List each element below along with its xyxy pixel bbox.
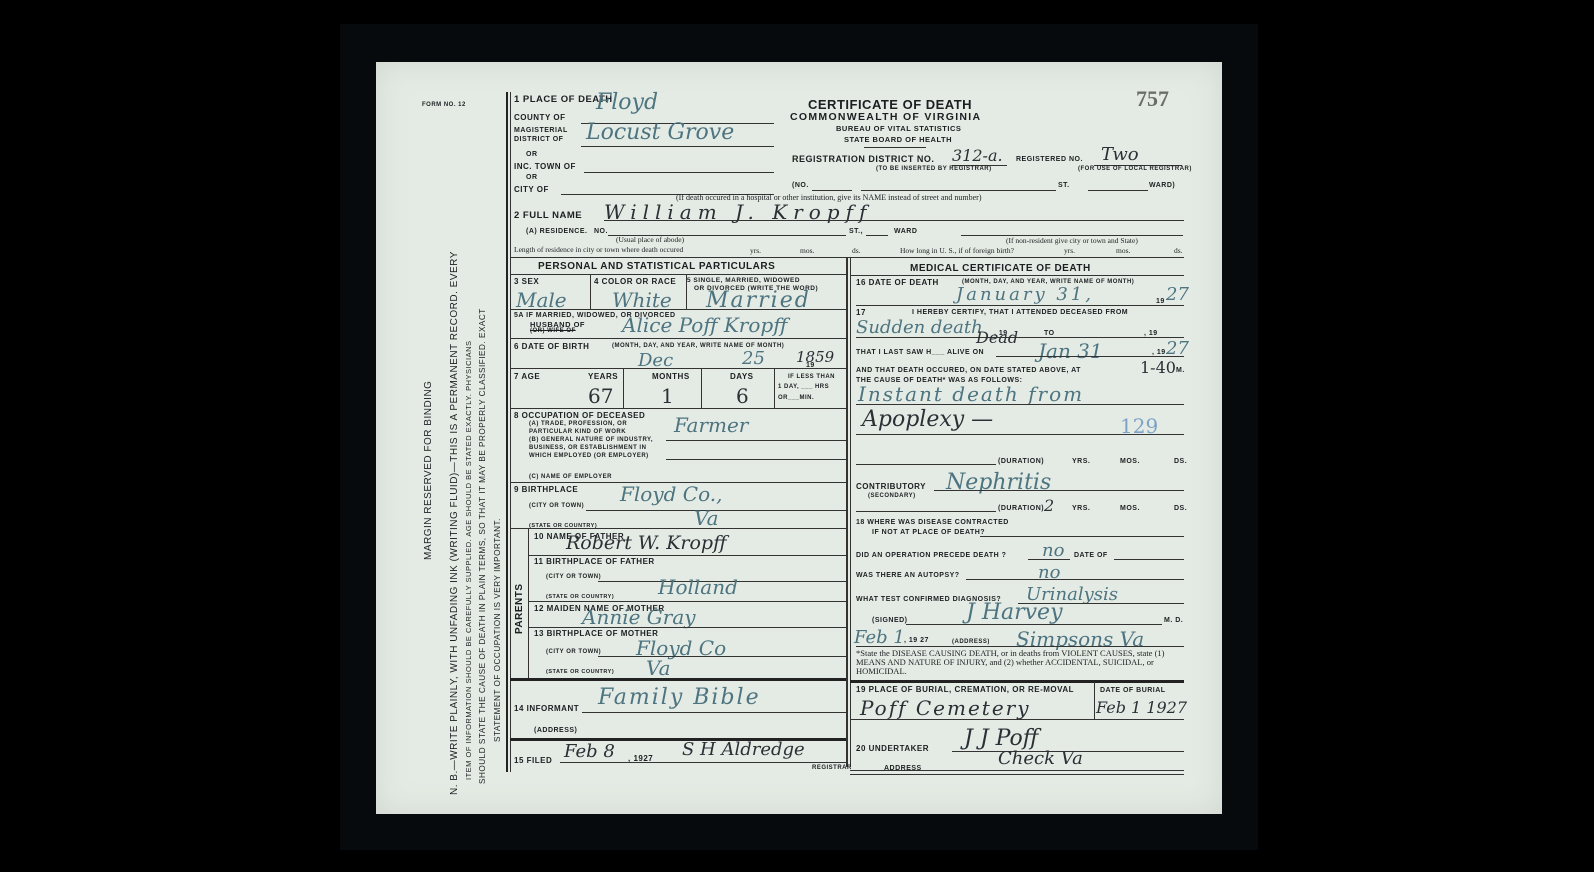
occupation-b-1: (B) GENERAL NATURE OF INDUSTRY,	[529, 437, 653, 443]
birthplace-row-rule	[510, 528, 846, 529]
sex-row-rule	[510, 309, 846, 310]
foreign-ds: ds.	[1174, 246, 1183, 255]
abode-note: (Usual place of abode)	[616, 235, 684, 244]
certify-number: 17	[856, 308, 866, 317]
personal-header: PERSONAL AND STATISTICAL PARTICULARS	[538, 261, 775, 272]
registered-note: (FOR USE OF LOCAL REGISTRAR)	[1078, 166, 1192, 172]
ward-label: WARD)	[1149, 182, 1175, 189]
occurred-label: AND THAT DEATH OCCURED, ON DATE STATED A…	[856, 367, 1081, 374]
st-label: ST.	[1058, 182, 1070, 189]
instructions-line-2: ITEM OF INFORMATION SHOULD BE CAREFULLY …	[464, 340, 473, 780]
parents-bottom-rule	[510, 678, 846, 681]
duration-1-mos: MOS.	[1120, 458, 1140, 465]
age-days-value: 6	[736, 384, 749, 408]
age-divider-3	[774, 368, 775, 408]
county-label: COUNTY OF	[514, 113, 565, 122]
registration-district-value: 312-a.	[952, 146, 1003, 165]
ward-line	[1088, 190, 1148, 191]
age-label: 7 AGE	[514, 372, 540, 381]
date-of-label: DATE OF	[1074, 552, 1108, 559]
cause-footnote: *State the DISEASE CAUSING DEATH, or in …	[856, 649, 1186, 676]
undertaker-address-value: Check Va	[998, 748, 1083, 769]
certificate-title: CERTIFICATE OF DEATH	[808, 97, 972, 112]
residence-st-line	[866, 235, 888, 236]
county-value: Floyd	[596, 90, 658, 115]
less-than-label-1: IF LESS THAN	[788, 374, 835, 380]
md-label: M. D.	[1164, 617, 1183, 624]
cause-line-1: Instant death from	[858, 382, 1084, 406]
informant-address-label: (ADDRESS)	[534, 727, 577, 734]
duration-2-yrs: YRS.	[1072, 505, 1090, 512]
occupation-value: Farmer	[674, 413, 748, 437]
or-label-1: OR	[526, 151, 538, 158]
board-label: STATE BOARD OF HEALTH	[844, 135, 952, 144]
birthplace-city-value: Floyd Co.,	[620, 482, 722, 506]
mother-row-rule	[528, 627, 846, 628]
bureau-label: BUREAU OF VITAL STATISTICS	[836, 124, 961, 133]
duration-1-label: (DURATION)	[998, 458, 1044, 465]
age-years-value: 67	[588, 384, 613, 408]
occupation-a-line	[666, 440, 846, 441]
father-value: Robert W. Kropff	[566, 532, 727, 554]
contributory-line	[934, 490, 1184, 491]
certify-label: I HEREBY CERTIFY, THAT I ATTENDED DECEAS…	[912, 309, 1128, 316]
parents-label: PARENTS	[514, 583, 525, 634]
duration-1-yrs: YRS.	[1072, 458, 1090, 465]
birthplace-state-value: Va	[694, 506, 719, 530]
length-of-residence-label: Length of residence in city or town wher…	[514, 245, 683, 254]
registrar-label: REGISTRAR	[812, 765, 852, 771]
age-years-label: YEARS	[588, 372, 618, 381]
parents-divider	[528, 528, 529, 678]
signed-line	[906, 624, 1162, 625]
dob-day: 25	[742, 348, 765, 369]
father-bp-state-label: (STATE OR COUNTRY)	[546, 594, 614, 600]
form-number: FORM NO. 12	[422, 102, 466, 108]
attended-line	[856, 337, 1184, 338]
signed-address-line	[856, 646, 1184, 647]
no-line	[812, 190, 852, 191]
age-divider-2	[701, 368, 702, 408]
residence-ward-label: WARD	[894, 228, 917, 235]
burial-label: 19 PLACE OF BURIAL, CREMATION, OR RE-MOV…	[856, 685, 1076, 695]
dob-row-rule	[510, 368, 846, 369]
contributory-value: Nephritis	[946, 470, 1051, 495]
personal-header-rule	[510, 274, 846, 275]
marital-label-1: 5 SINGLE, MARRIED, WIDOWED	[687, 277, 800, 284]
length-mos: mos.	[800, 246, 814, 255]
occupation-b-2: BUSINESS, OR ESTABLISHMENT IN	[529, 445, 646, 451]
dod-line	[856, 305, 1184, 306]
dob-year: 1859	[796, 348, 834, 366]
birthplace-city-label: (CITY OR TOWN)	[529, 503, 584, 509]
signed-year: , 19 27	[904, 637, 929, 644]
attended-value: Sudden death	[856, 317, 983, 338]
sex-divider	[590, 274, 591, 309]
autopsy-label: WAS THERE AN AUTOPSY?	[856, 572, 960, 579]
contracted-line	[980, 536, 1184, 537]
town-label: INC. TOWN OF	[514, 162, 576, 171]
father-bp-city-label: (CITY OR TOWN)	[546, 574, 601, 580]
last-saw-value: Jan 31	[1038, 339, 1103, 363]
employer-label: (C) NAME OF EMPLOYER	[529, 474, 612, 480]
district-value: Locust Grove	[586, 120, 734, 145]
race-label: 4 COLOR OR RACE	[594, 277, 676, 286]
full-name-line	[604, 220, 1184, 221]
mother-bp-city-label: (CITY OR TOWN)	[546, 649, 601, 655]
signed-value: J Harvey	[966, 600, 1063, 625]
burial-date-value: Feb 1 1927	[1096, 698, 1187, 717]
occupation-b-line	[666, 459, 846, 460]
less-than-label-3: OR___MIN.	[778, 395, 814, 401]
duration-1-ds: DS.	[1174, 458, 1187, 465]
duration-2-line	[856, 511, 996, 512]
occupation-b-3: WHICH EMPLOYED (OR EMPLOYER)	[529, 453, 649, 459]
street-line	[861, 190, 1056, 191]
sex-label: 3 SEX	[514, 277, 539, 286]
instructions-line-3: SHOULD STATE THE CAUSE OF DEATH IN PLAIN…	[478, 308, 487, 784]
no-label: (NO.	[792, 182, 809, 189]
serial-number: 757	[1136, 86, 1169, 112]
instructions-line-4: STATEMENT OF OCCUPATION IS VERY IMPORTAN…	[493, 518, 502, 742]
duration-2-value: 2	[1044, 496, 1054, 515]
filed-registrar: S H Aldredge	[682, 739, 805, 760]
age-months-value: 1	[661, 384, 674, 408]
date-of-line	[1114, 559, 1184, 560]
birthplace-label: 9 BIRTHPLACE	[514, 485, 578, 494]
mother-value: Annie Gray	[582, 605, 696, 629]
father-birthplace-label: 11 BIRTHPLACE OF FATHER	[534, 557, 655, 566]
dod-label: 16 DATE OF DEATH	[856, 278, 939, 287]
burial-date-label: DATE OF BURIAL	[1100, 687, 1166, 694]
signed-address-label: (ADDRESS)	[952, 639, 990, 645]
last-saw-note: Dead	[976, 328, 1018, 347]
duration-2-label: (DURATION)	[998, 505, 1044, 512]
town-line	[584, 172, 774, 173]
column-divider-2	[850, 257, 851, 767]
operation-value: no	[1042, 540, 1064, 561]
father-bp-state-value: Holland	[658, 575, 738, 599]
autopsy-line	[966, 579, 1184, 580]
cause-line-2-rule	[856, 434, 1184, 435]
medical-header-rule	[850, 275, 1184, 276]
age-row-rule	[510, 408, 846, 409]
length-ds: ds.	[852, 246, 861, 255]
mother-bp-city-line	[598, 656, 846, 657]
district-line	[581, 146, 774, 147]
less-than-label-2: 1 DAY, ___ HRS	[778, 384, 829, 390]
occurred-m: M.	[1176, 367, 1185, 374]
attended-to: TO	[1044, 330, 1055, 337]
cause-line-1-rule	[856, 404, 1184, 405]
instructions-line-1: N. B.—WRITE PLAINLY, WITH UNFADING INK (…	[449, 251, 460, 795]
informant-line	[582, 712, 846, 713]
mother-bp-state-label: (STATE OR COUNTRY)	[546, 669, 614, 675]
occupation-label: 8 OCCUPATION OF DECEASED	[514, 411, 645, 420]
registration-district-note: (TO BE INSERTED BY REGISTRAR)	[876, 166, 992, 172]
contracted-label-1: 18 WHERE WAS DISEASE CONTRACTED	[856, 519, 1009, 526]
spouse-label-3: (OR) WIFE OF	[530, 328, 576, 334]
last-saw-line	[996, 356, 1184, 357]
filed-line	[560, 762, 846, 763]
medical-bottom-rule	[850, 680, 1184, 683]
spouse-row-rule	[510, 338, 846, 339]
residence-st-label: ST.,	[849, 228, 863, 235]
occupation-a-1: (A) TRADE, PROFESSION, OR	[529, 421, 627, 427]
city-label: CITY OF	[514, 185, 549, 194]
length-yrs: yrs.	[750, 246, 761, 255]
secondary-label: (SECONDARY)	[868, 493, 916, 499]
informant-label: 14 INFORMANT	[514, 704, 579, 713]
dod-value: January 31,	[956, 284, 1094, 305]
death-certificate: FORM NO. 12 MARGIN RESERVED FOR BINDING …	[376, 62, 1222, 814]
residence-label: (A) RESIDENCE.	[526, 228, 587, 235]
contracted-label-2: IF NOT AT PLACE OF DEATH?	[872, 529, 985, 536]
burial-line	[850, 719, 1184, 720]
mother-bp-state-value: Va	[646, 656, 671, 680]
binding-margin-note: MARGIN RESERVED FOR BINDING	[423, 381, 434, 560]
bottom-rule-1	[850, 770, 1184, 771]
dob-label: 6 DATE OF BIRTH	[514, 342, 589, 351]
dod-year: 27	[1166, 284, 1189, 305]
operation-label: DID AN OPERATION PRECEDE DEATH ?	[856, 552, 1006, 559]
district-label-2: DISTRICT OF	[514, 136, 563, 143]
age-days-label: DAYS	[730, 372, 754, 381]
age-divider-1	[623, 368, 624, 408]
signed-date: Feb 1	[854, 627, 905, 648]
contributory-label: CONTRIBUTORY	[856, 482, 926, 491]
column-divider	[846, 257, 848, 767]
registration-district-label: REGISTRATION DISTRICT NO.	[792, 154, 934, 164]
filed-label: 15 FILED	[514, 756, 552, 765]
bottom-rule-2	[850, 774, 1184, 775]
occupation-a-2: PARTICULAR KIND OF WORK	[529, 429, 626, 435]
filed-date: Feb 8	[564, 741, 615, 762]
spouse-value: Alice Poff Kropff	[622, 313, 787, 337]
residence-no-label: NO.	[594, 228, 608, 235]
dod-year-prefix: 19	[1156, 298, 1165, 305]
last-saw-19: , 19	[1152, 349, 1166, 356]
father-bp-rule	[528, 601, 846, 602]
operation-line	[1028, 559, 1070, 560]
medical-header: MEDICAL CERTIFICATE OF DEATH	[910, 263, 1091, 274]
nonresident-note: (If non-resident give city or town and S…	[1006, 236, 1138, 245]
title-rule	[864, 147, 926, 148]
district-label-1: MAGISTERIAL	[514, 127, 568, 134]
occurred-value: 1-40	[1140, 358, 1176, 377]
last-saw-label: THAT I LAST SAW H___ ALIVE ON	[856, 349, 984, 356]
attended-19-b: , 19	[1144, 330, 1158, 337]
burial-divider	[1094, 682, 1095, 720]
father-row-rule	[528, 555, 846, 556]
commonwealth-title: COMMONWEALTH OF VIRGINIA	[790, 111, 981, 123]
registered-no-label: REGISTERED NO.	[1016, 156, 1083, 163]
foreign-mos: mos.	[1116, 246, 1130, 255]
duration-1-line	[856, 464, 996, 465]
undertaker-label: 20 UNDERTAKER	[856, 744, 929, 753]
informant-value: Family Bible	[598, 685, 761, 710]
foreign-yrs: yrs.	[1064, 246, 1075, 255]
full-name-label: 2 FULL NAME	[514, 210, 582, 221]
frame-left-2	[510, 92, 511, 772]
duration-2-ds: DS.	[1174, 505, 1187, 512]
burial-place-value: Poff Cemetery	[860, 696, 1031, 720]
signed-label: (SIGNED)	[872, 617, 908, 624]
cause-line-2: Apoplexy —	[862, 407, 993, 432]
or-label-2: OR	[526, 174, 538, 181]
foreign-birth-label: How long in U. S., if of foreign birth?	[900, 246, 1014, 255]
registered-no-value: Two	[1101, 144, 1139, 165]
age-months-label: MONTHS	[652, 372, 690, 381]
frame-left	[506, 92, 508, 772]
duration-2-mos: MOS.	[1120, 505, 1140, 512]
